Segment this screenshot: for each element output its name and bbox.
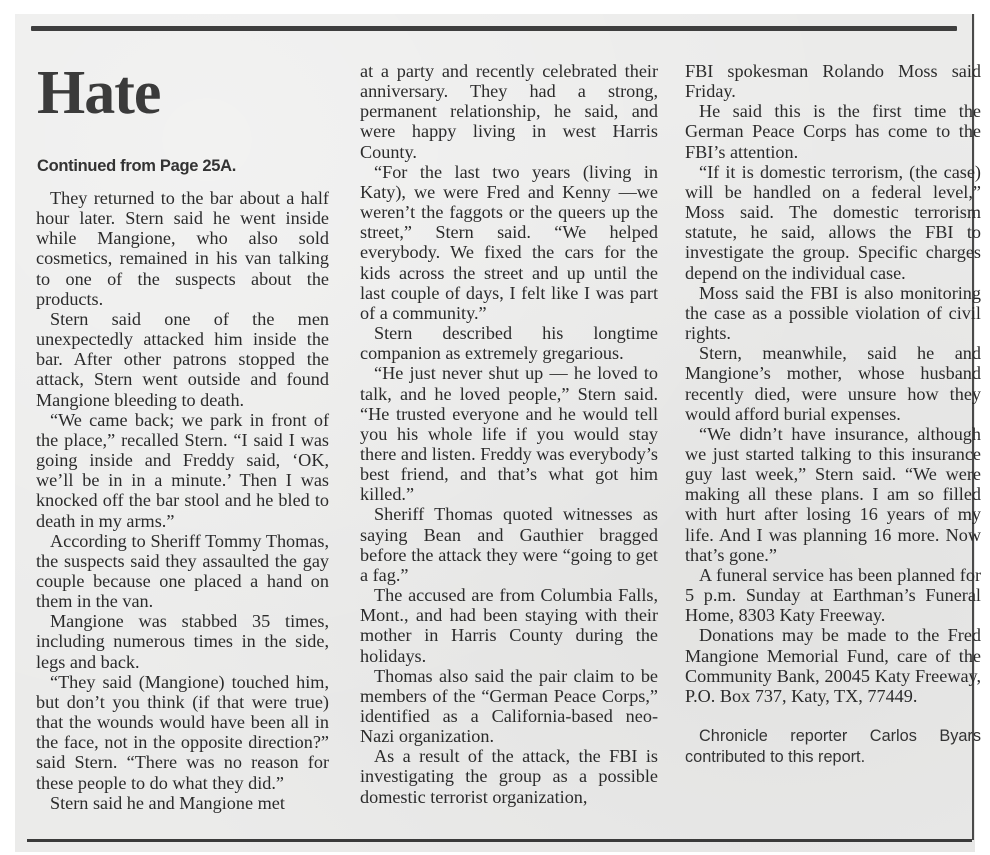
paragraph: “If it is domestic terrorism, (the case)… <box>685 162 981 283</box>
article-column-1: They returned to the bar about a half ho… <box>36 188 329 813</box>
paragraph: Sheriff Thomas quoted witnesses as sayin… <box>360 504 658 585</box>
paragraph: Donations may be made to the Fred Mangio… <box>685 625 981 706</box>
paragraph: “He just never shut up — he loved to tal… <box>360 363 658 504</box>
paragraph: FBI spokesman Rolando Moss said Friday. <box>685 61 981 101</box>
paragraph: at a party and recently celebrated their… <box>360 61 658 162</box>
paragraph: Stern, meanwhile, said he and Mangione’s… <box>685 343 981 424</box>
paragraph: “We came back; we park in front of the p… <box>36 410 329 531</box>
paragraph: He said this is the first time the Germa… <box>685 101 981 161</box>
paragraph: Stern said he and Mangione met <box>36 793 329 813</box>
newspaper-clipping: Hate Continued from Page 25A. They retur… <box>15 14 975 852</box>
paragraph: “For the last two years (living in Katy)… <box>360 162 658 323</box>
paragraph: A funeral service has been planned for 5… <box>685 565 981 625</box>
headline: Hate <box>37 58 160 128</box>
bottom-rule-divider <box>27 839 972 842</box>
reporter-credit: Chronicle reporter Carlos Byars contribu… <box>685 726 981 767</box>
paragraph: Stern described his longtime companion a… <box>360 323 658 363</box>
paragraph: Stern said one of the men unexpectedly a… <box>36 309 329 410</box>
paragraph: They returned to the bar about a half ho… <box>36 188 329 309</box>
paragraph: According to Sheriff Tommy Thomas, the s… <box>36 531 329 612</box>
paragraph: Thomas also said the pair claim to be me… <box>360 666 658 747</box>
continued-from-line: Continued from Page 25A. <box>37 157 236 176</box>
article-column-3: FBI spokesman Rolando Moss said Friday. … <box>685 61 981 767</box>
paragraph: Mangione was stabbed 35 times, including… <box>36 611 329 671</box>
article-column-2: at a party and recently celebrated their… <box>360 61 658 807</box>
paragraph: “They said (Mangione) touched him, but d… <box>36 672 329 793</box>
paragraph: As a result of the attack, the FBI is in… <box>360 746 658 806</box>
paragraph: Moss said the FBI is also monitoring the… <box>685 283 981 343</box>
paragraph: The accused are from Columbia Falls, Mon… <box>360 585 658 666</box>
top-rule-divider <box>31 26 957 31</box>
paragraph: “We didn’t have insurance, although we j… <box>685 424 981 565</box>
